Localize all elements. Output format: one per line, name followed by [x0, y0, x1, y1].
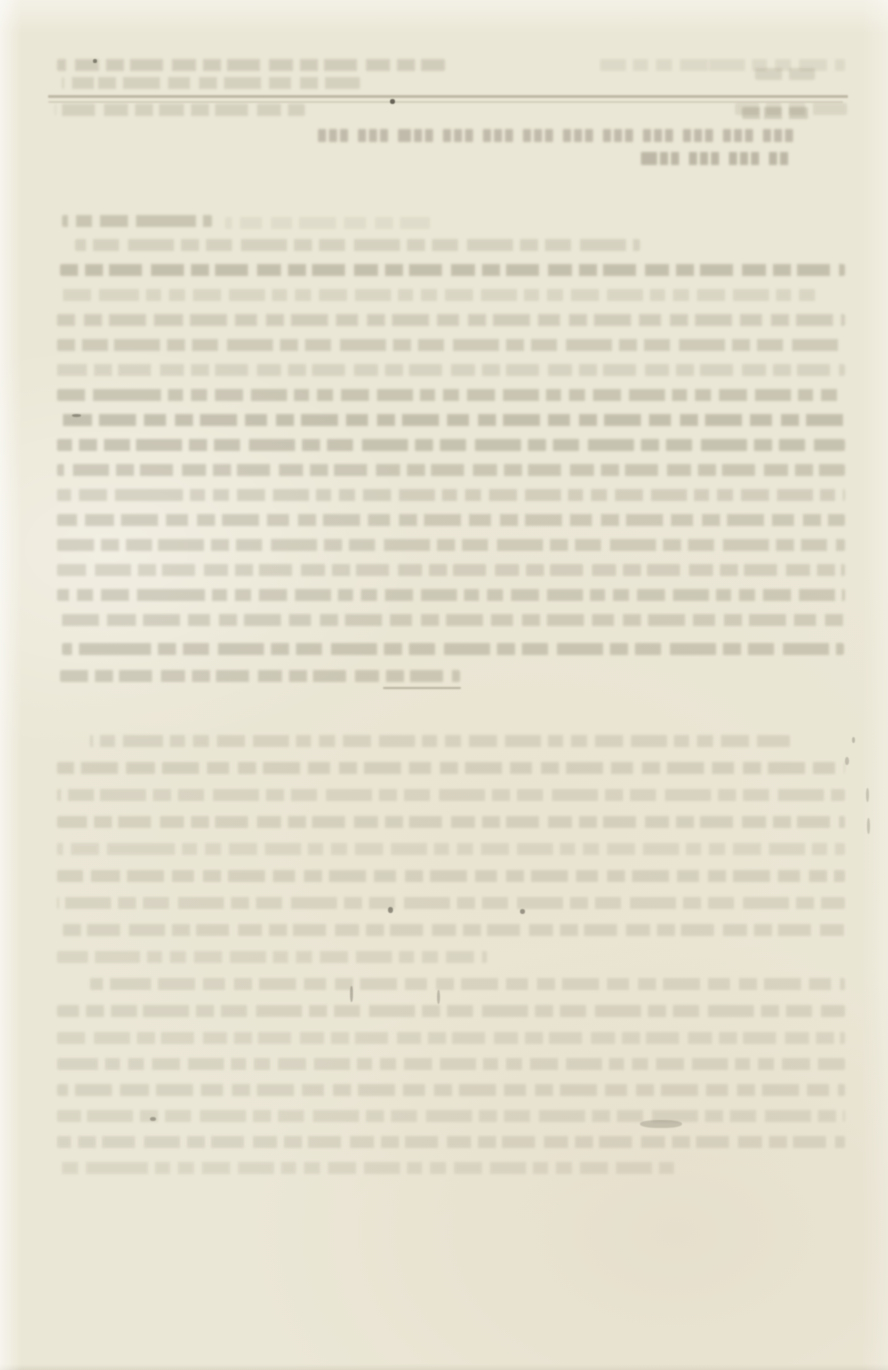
scanned-document-page — [0, 0, 888, 1370]
byline-faded-text-line — [62, 215, 212, 227]
abstract-mirrored-block-line — [75, 239, 640, 251]
abstract-mirrored-block-line — [57, 589, 845, 601]
title-faded-text-line — [315, 129, 800, 142]
header-faded-text-line — [62, 77, 360, 89]
second-language-text-block-line — [57, 924, 845, 936]
second-language-text-block-line — [57, 1110, 845, 1122]
abstract-mirrored-block-line — [57, 464, 845, 476]
second-language-text-block-line — [57, 816, 845, 828]
second-language-text-block-line — [57, 1084, 845, 1096]
second-language-text-block-line — [57, 897, 845, 909]
second-language-text-block-line — [57, 951, 487, 963]
ink-speck — [93, 59, 97, 63]
header-faded-text-line — [55, 104, 305, 116]
abstract-mirrored-block-line — [57, 439, 845, 451]
classification-note-block-line — [62, 643, 844, 655]
header-horizontal-rule-echo — [48, 101, 843, 103]
header-faded-text-line — [57, 59, 445, 71]
title-faded-text-line — [640, 152, 790, 165]
second-language-text-block-line — [57, 1005, 845, 1017]
classification-note-block-line — [60, 670, 460, 682]
ink-speck — [150, 1117, 156, 1121]
abstract-mirrored-block-line — [57, 289, 817, 301]
second-language-text-block-line — [57, 762, 845, 774]
second-language-text-block-line — [57, 789, 845, 801]
second-language-text-block-line — [57, 843, 845, 855]
abstract-mirrored-block-line — [57, 614, 845, 626]
second-language-text-block-line — [90, 735, 790, 747]
abstract-mirrored-block-line — [57, 364, 845, 376]
ink-speck — [390, 99, 395, 104]
ink-speck — [640, 1120, 682, 1128]
ink-speck — [520, 909, 525, 914]
abstract-mirrored-block-line — [60, 264, 845, 276]
second-language-text-block-line — [57, 1032, 845, 1044]
ink-speck — [852, 737, 855, 743]
second-language-text-block-line — [57, 1058, 845, 1070]
header-faded-text-line — [755, 68, 815, 80]
abstract-mirrored-block-line — [57, 489, 845, 501]
classification-note-block-underline — [383, 687, 461, 689]
second-language-text-block-line — [90, 978, 845, 990]
byline-faded-text-line — [225, 217, 430, 229]
ink-speck — [72, 414, 81, 417]
ink-speck — [866, 788, 869, 802]
ink-speck — [845, 757, 849, 765]
abstract-mirrored-block-line — [57, 314, 845, 326]
abstract-mirrored-block-line — [57, 389, 845, 401]
header-horizontal-rule — [48, 95, 848, 98]
abstract-mirrored-block-line — [57, 339, 845, 351]
abstract-mirrored-block-line — [57, 414, 845, 426]
second-language-text-block-line — [57, 1136, 845, 1148]
ink-speck — [437, 990, 440, 1004]
abstract-mirrored-block-line — [57, 539, 845, 551]
second-language-text-block-line — [57, 870, 845, 882]
second-language-text-block-line — [57, 1162, 677, 1174]
ink-speck — [350, 986, 353, 1002]
ink-speck — [388, 907, 393, 913]
ink-speck — [867, 818, 870, 834]
abstract-mirrored-block-line — [57, 564, 845, 576]
header-faded-text-line — [742, 107, 808, 119]
abstract-mirrored-block-line — [57, 514, 845, 526]
